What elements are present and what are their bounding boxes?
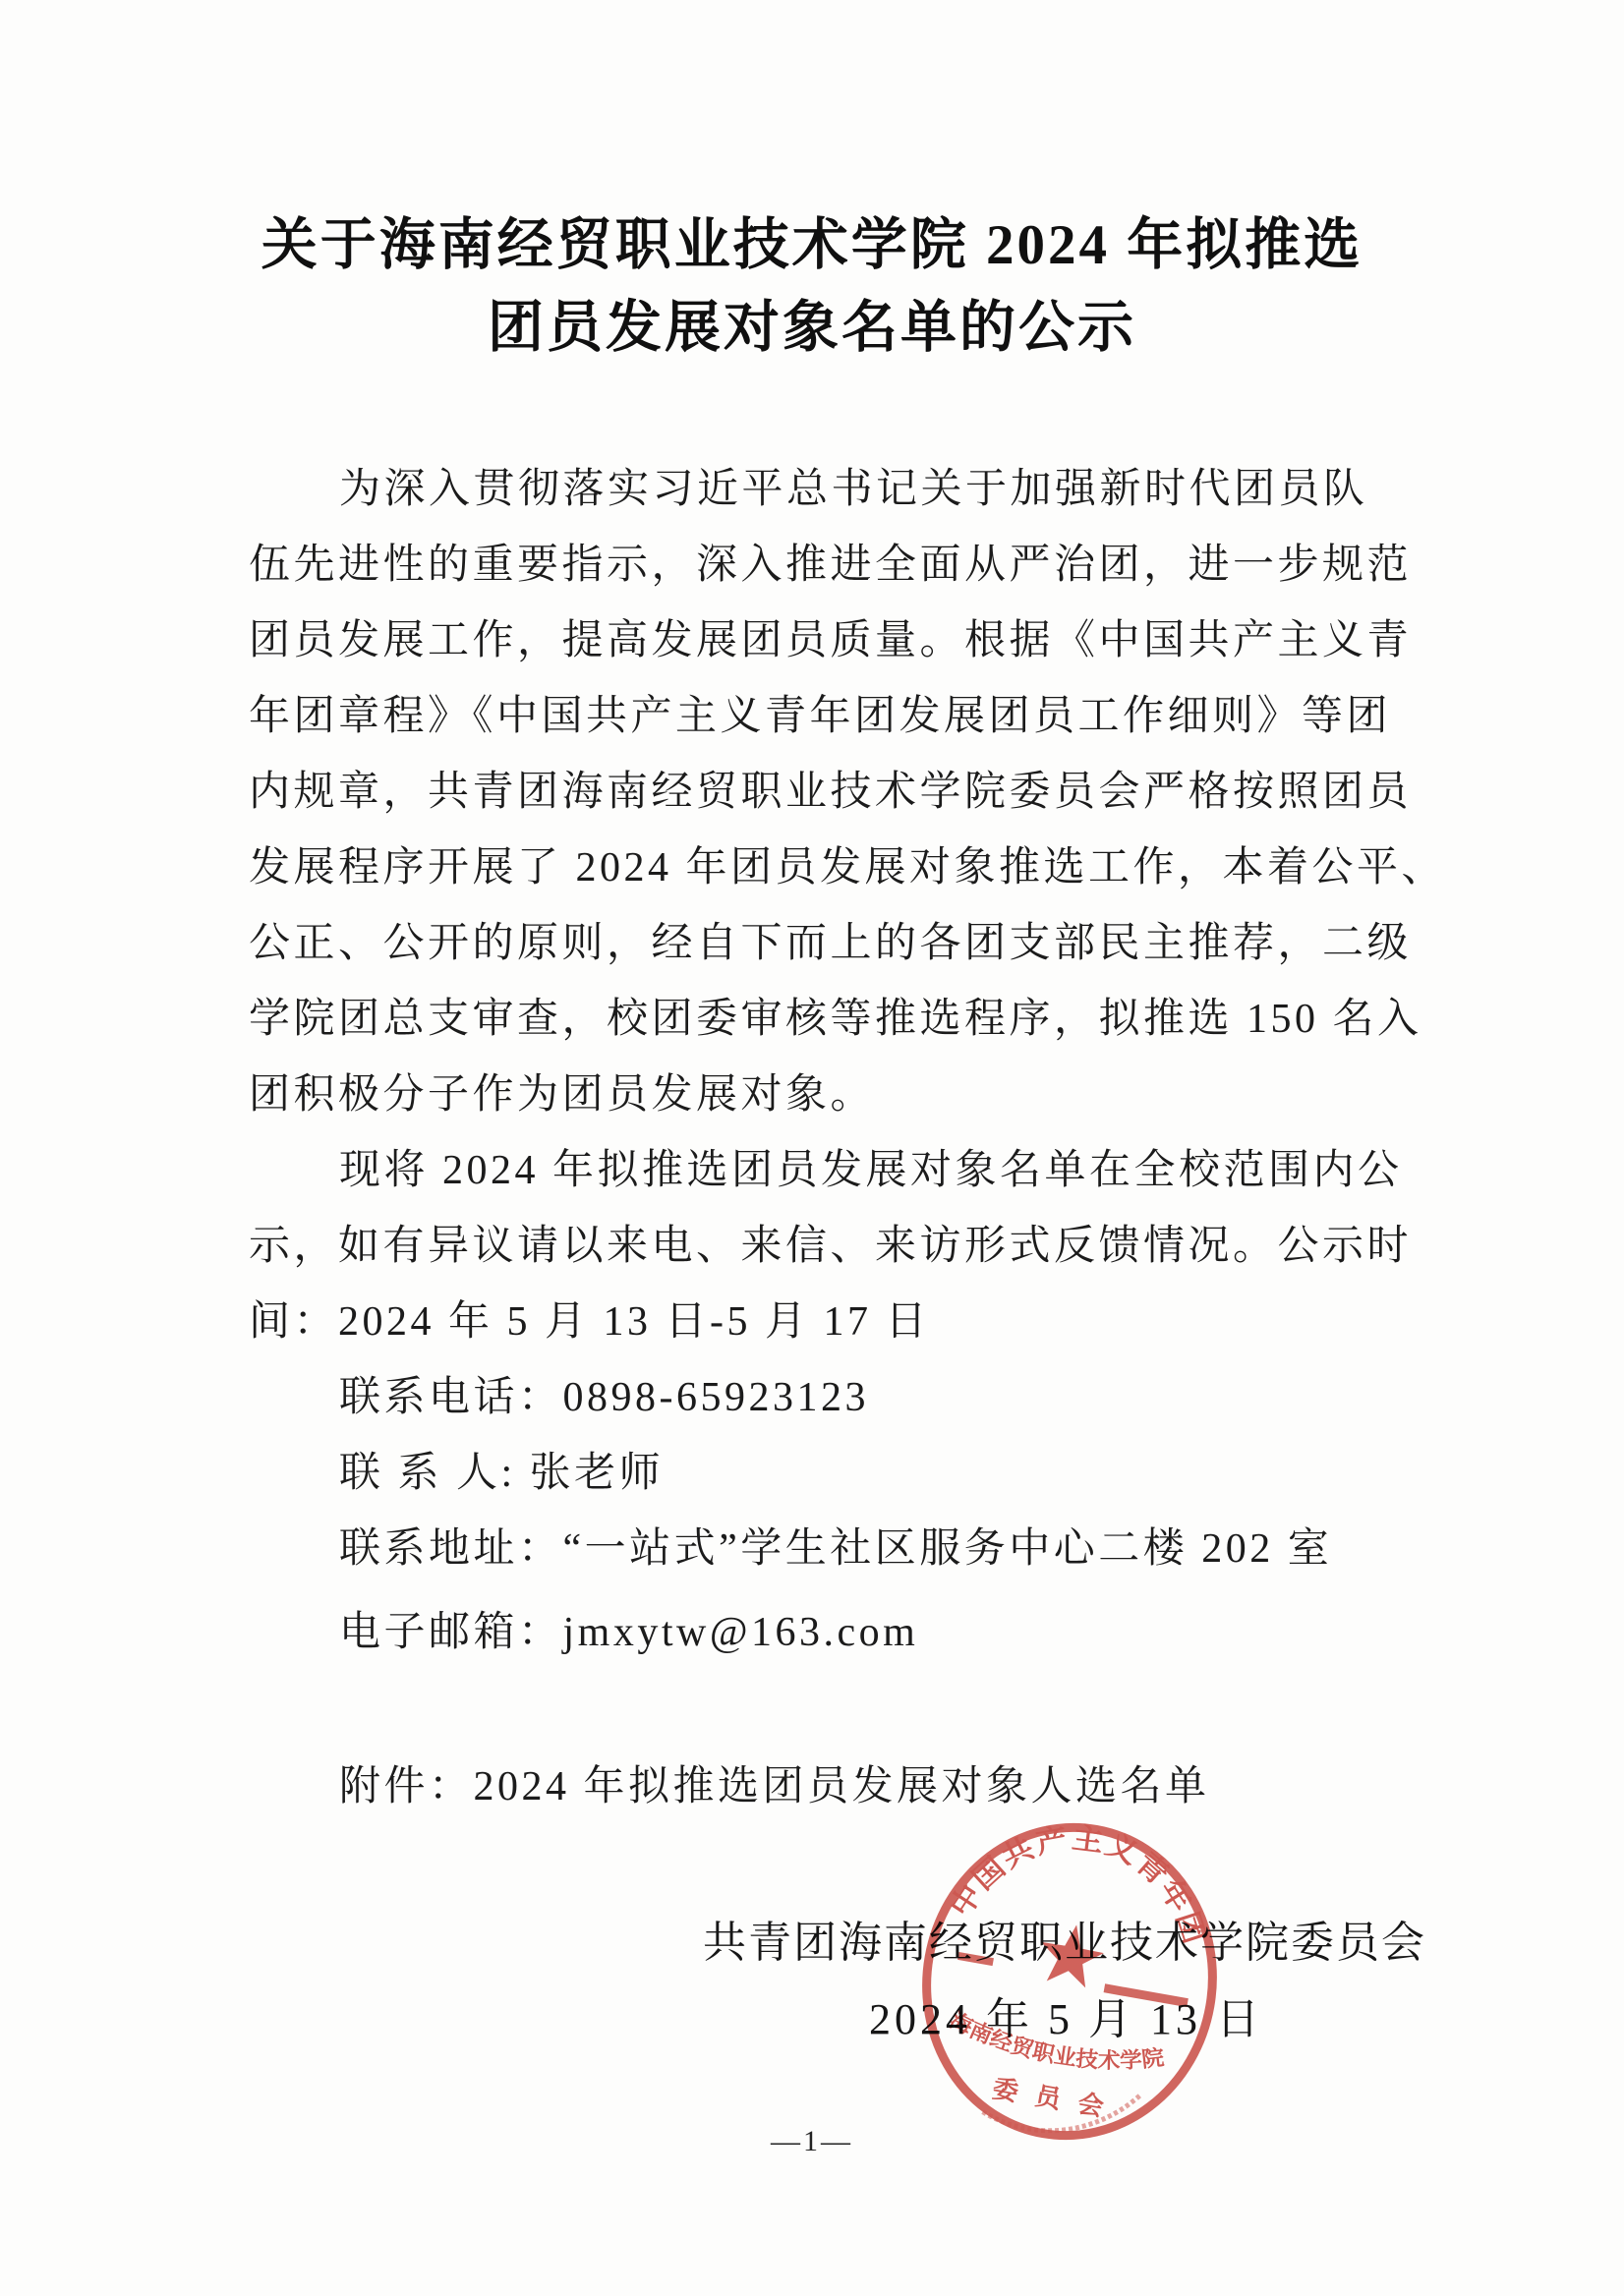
title-line-2: 团员发展对象名单的公示 (0, 287, 1624, 370)
seal-star (1035, 1920, 1108, 1990)
body-line: 年团章程》《中国共产主义青年团发展团员工作细则》等团 (249, 686, 1487, 747)
body-line: 内规章，共青团海南经贸职业技术学院委员会严格按照团员 (249, 762, 1487, 823)
body-line: 团员发展工作，提高发展团员质量。根据《中国共产主义青 (249, 610, 1487, 671)
contact-phone-line: 联系电话：0898-65923123 (249, 1367, 1578, 1428)
seal-right-dash (1104, 1983, 1189, 2007)
contact-email-line: 电子邮箱：jmxytw@163.com (249, 1602, 1578, 1663)
seal-org-text: 海南经贸职业技术学院 (943, 2006, 1170, 2087)
body-line: 示，如有异议请以来电、来信、来访形式反馈情况。公示时 (249, 1216, 1487, 1277)
body-line: 为深入贯彻落实习近平总书记关于加强新时代团员队 (249, 459, 1578, 520)
contact-person-line: 联 系 人: 张老师 (249, 1443, 1578, 1504)
svg-text:海南经贸职业技术学院: 海南经贸职业技术学院 (943, 2006, 1170, 2087)
page-title: 关于海南经贸职业技术学院 2024 年拟推选 团员发展对象名单的公示 (0, 204, 1624, 370)
page-number: —1— (0, 2125, 1624, 2158)
document-page: 关于海南经贸职业技术学院 2024 年拟推选 团员发展对象名单的公示 为深入贯彻… (0, 0, 1624, 2296)
body-line: 发展程序开展了 2024 年团员发展对象推选工作，本着公平、 (249, 837, 1487, 898)
body-line: 伍先进性的重要指示，深入推进全面从严治团，进一步规范 (249, 535, 1487, 596)
body-line: 团积极分子作为团员发展对象。 (249, 1064, 1487, 1125)
body-line: 学院团总支审查，校团委审核等推选程序，拟推选 150 名入 (249, 989, 1487, 1050)
svg-text:中国共产主义青年团: 中国共产主义青年团 (943, 1808, 1227, 1964)
body-line: 间：2024 年 5 月 13 日-5 月 17 日 (249, 1291, 1487, 1352)
official-seal: 中国共产主义青年团 海南经贸职业技术学院 委员会 (912, 1808, 1227, 2154)
body-line: 现将 2024 年拟推选团员发展对象名单在全校范围内公 (249, 1140, 1578, 1201)
title-line-1: 关于海南经贸职业技术学院 2024 年拟推选 (0, 204, 1624, 287)
contact-address-line: 联系地址：“一站式”学生社区服务中心二楼 202 室 (249, 1519, 1578, 1579)
seal-left-dash (957, 1952, 994, 1966)
seal-arc-text: 中国共产主义青年团 (943, 1808, 1227, 1964)
body-line: 公正、公开的原则，经自下而上的各团支部民主推荐，二级 (249, 913, 1487, 974)
